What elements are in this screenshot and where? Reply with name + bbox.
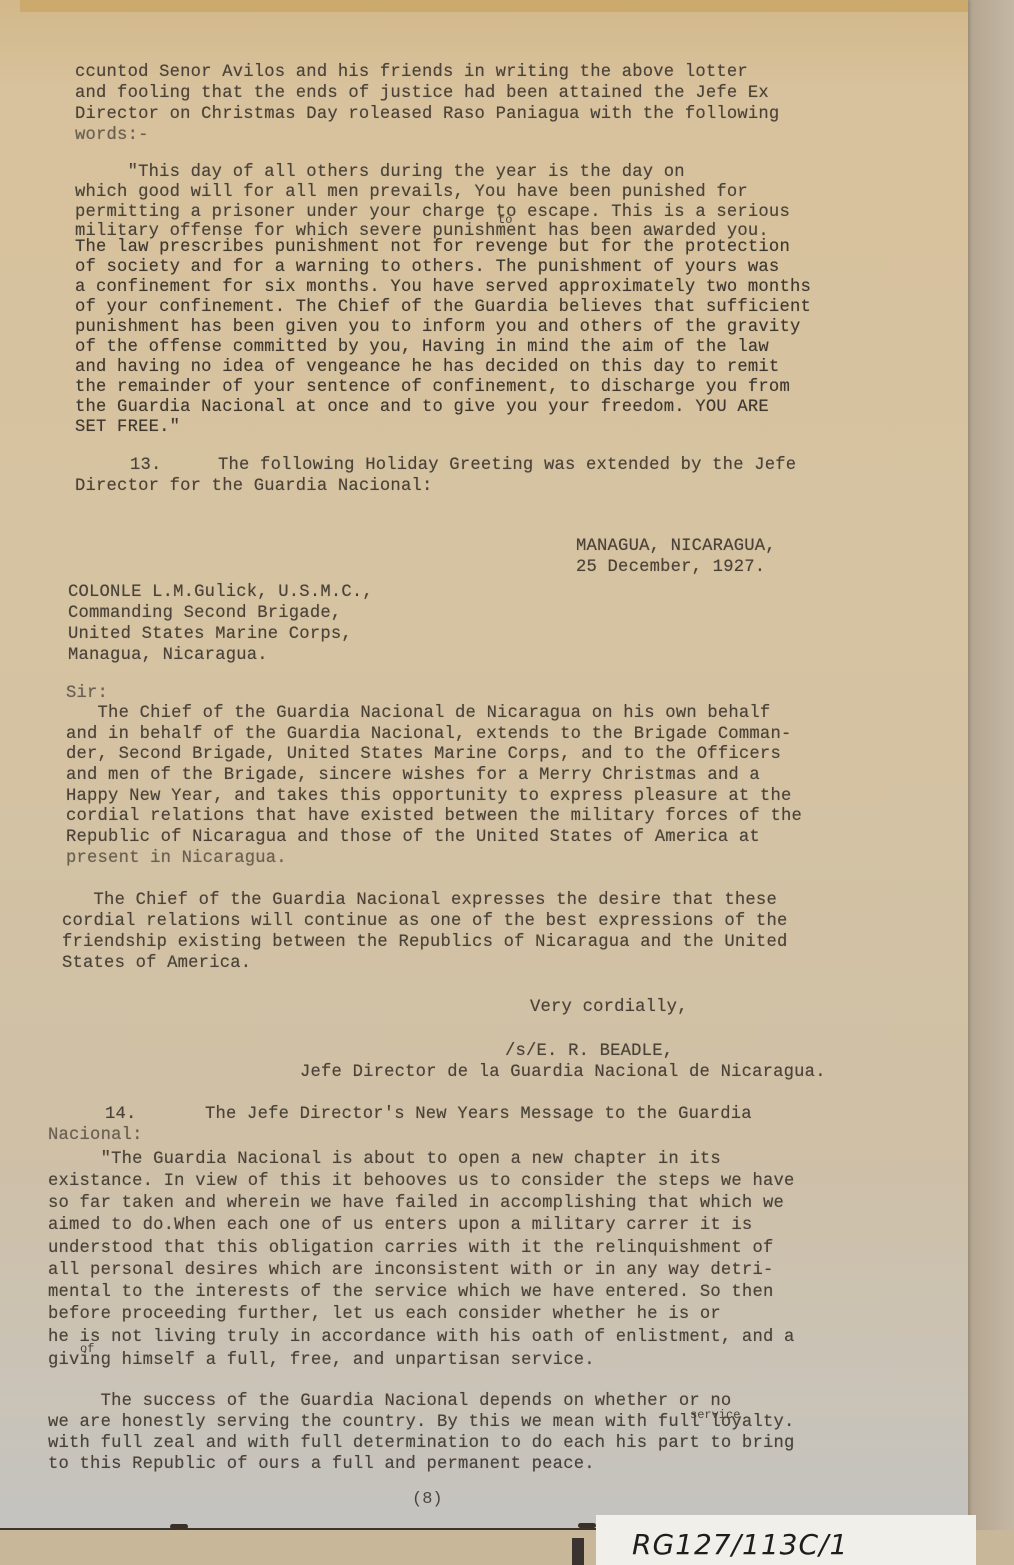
addressee-line-2: Commanding Second Brigade, [68, 604, 341, 624]
quote-line-3: permitting a prisoner under your charge … [75, 203, 790, 223]
desire-line-2: cordial relations will continue as one o… [62, 912, 787, 932]
message-line-1: "The Guardia Nacional is about to open a… [48, 1150, 721, 1170]
greeting-line-5: Happy New Year, and takes this opportuni… [66, 787, 791, 807]
message-line-7: mental to the interests of the service w… [48, 1283, 773, 1303]
greeting-line-3: der, Second Brigade, United States Marin… [66, 745, 781, 765]
desire-line-1: The Chief of the Guardia Nacional expres… [62, 891, 777, 911]
message-line-9: he is not living truly in accordance wit… [48, 1328, 795, 1348]
success-line-1: The success of the Guardia Nacional depe… [48, 1392, 731, 1412]
quote-line-11: and having no idea of vengeance he has d… [75, 358, 779, 378]
closing: Very cordially, [530, 998, 688, 1018]
quote-line-1: "This day of all others during the year … [75, 163, 685, 183]
message-line-6: all personal desires which are inconsist… [48, 1261, 773, 1281]
greeting-line-1: The Chief of the Guardia Nacional de Nic… [66, 704, 770, 724]
quote-line-2: which good will for all men prevails, Yo… [75, 183, 748, 203]
message-line-3: so far taken and wherein we have failed … [48, 1194, 784, 1214]
addressee-line-3: United States Marine Corps, [68, 625, 352, 645]
quote-line-13: the Guardia Nacional at once and to give… [75, 398, 769, 418]
quote-line-12: the remainder of your sentence of confin… [75, 378, 790, 398]
continuation-line-1: ccuntod Senor Avilos and his friends in … [75, 63, 748, 83]
quote-line-9: punishment has been given you to inform … [75, 318, 800, 338]
archive-reference: RG127/113C/1 [632, 1528, 848, 1561]
letter-date: 25 December, 1927. [576, 558, 765, 578]
greeting-line-7: Republic of Nicaragua and those of the U… [66, 828, 760, 848]
message-line-2: existance. In view of this it behooves u… [48, 1172, 795, 1192]
message-line-8: before proceeding further, let us each c… [48, 1305, 721, 1325]
staple-right [578, 1523, 596, 1528]
addressee-line-4: Managua, Nicaragua. [68, 646, 268, 666]
section-13-heading-line-1: The following Holiday Greeting was exten… [218, 456, 796, 476]
label-shadow [572, 1538, 584, 1565]
quote-line-14: SET FREE." [75, 418, 180, 438]
document-page: ccuntod Senor Avilos and his friends in … [0, 0, 968, 1530]
success-line-3: with full zeal and with full determinati… [48, 1434, 795, 1454]
quote-line-6: of society and for a warning to others. … [75, 258, 779, 278]
continuation-line-4: words:- [75, 126, 149, 146]
message-line-4: aimed to do.When each one of us enters u… [48, 1216, 752, 1236]
success-line-2: we are honestly serving the country. By … [48, 1413, 795, 1433]
continuation-line-2: and fooling that the ends of justice had… [75, 84, 769, 104]
quote-line-7: a confinement for six months. You have s… [75, 278, 811, 298]
quote-line-8: of your confinement. The Chief of the Gu… [75, 298, 811, 318]
section-14-heading-line-2: Nacional: [48, 1126, 143, 1146]
salutation: Sir: [66, 684, 108, 704]
staple-left [170, 1524, 188, 1529]
page-top-edge [20, 0, 968, 12]
message-line-10: giving himself a full, free, and unparti… [48, 1351, 595, 1371]
quote-line-10: of the offense committed by you, Having … [75, 338, 769, 358]
quote-line-5: The law prescribes punishment not for re… [75, 238, 790, 258]
success-line-4: to this Republic of ours a full and perm… [48, 1455, 595, 1475]
section-14-number: 14. [105, 1105, 137, 1125]
signature: /s/E. R. BEADLE, [505, 1042, 673, 1062]
letter-place: MANAGUA, NICARAGUA, [576, 537, 776, 557]
message-line-5: understood that this obligation carries … [48, 1239, 773, 1259]
section-14-heading-line-1: The Jefe Director's New Years Message to… [205, 1105, 752, 1125]
continuation-line-3: Director on Christmas Day roleased Raso … [75, 105, 779, 125]
desire-line-4: States of America. [62, 954, 251, 974]
greeting-line-6: cordial relations that have existed betw… [66, 807, 802, 827]
addressee-line-1: COLONLE L.M.Gulick, U.S.M.C., [68, 583, 373, 603]
greeting-line-2: and in behalf of the Guardia Nacional, e… [66, 725, 791, 745]
page-number: (8) [412, 1490, 443, 1509]
greeting-line-4: and men of the Brigade, sincere wishes f… [66, 766, 760, 786]
backdrop [966, 0, 1014, 1565]
desire-line-3: friendship existing between the Republic… [62, 933, 787, 953]
section-13-heading-line-2: Director for the Guardia Nacional: [75, 477, 432, 497]
signature-title: Jefe Director de la Guardia Nacional de … [300, 1063, 826, 1083]
section-13-number: 13. [130, 456, 162, 476]
greeting-line-8: present in Nicaragua. [66, 849, 287, 869]
